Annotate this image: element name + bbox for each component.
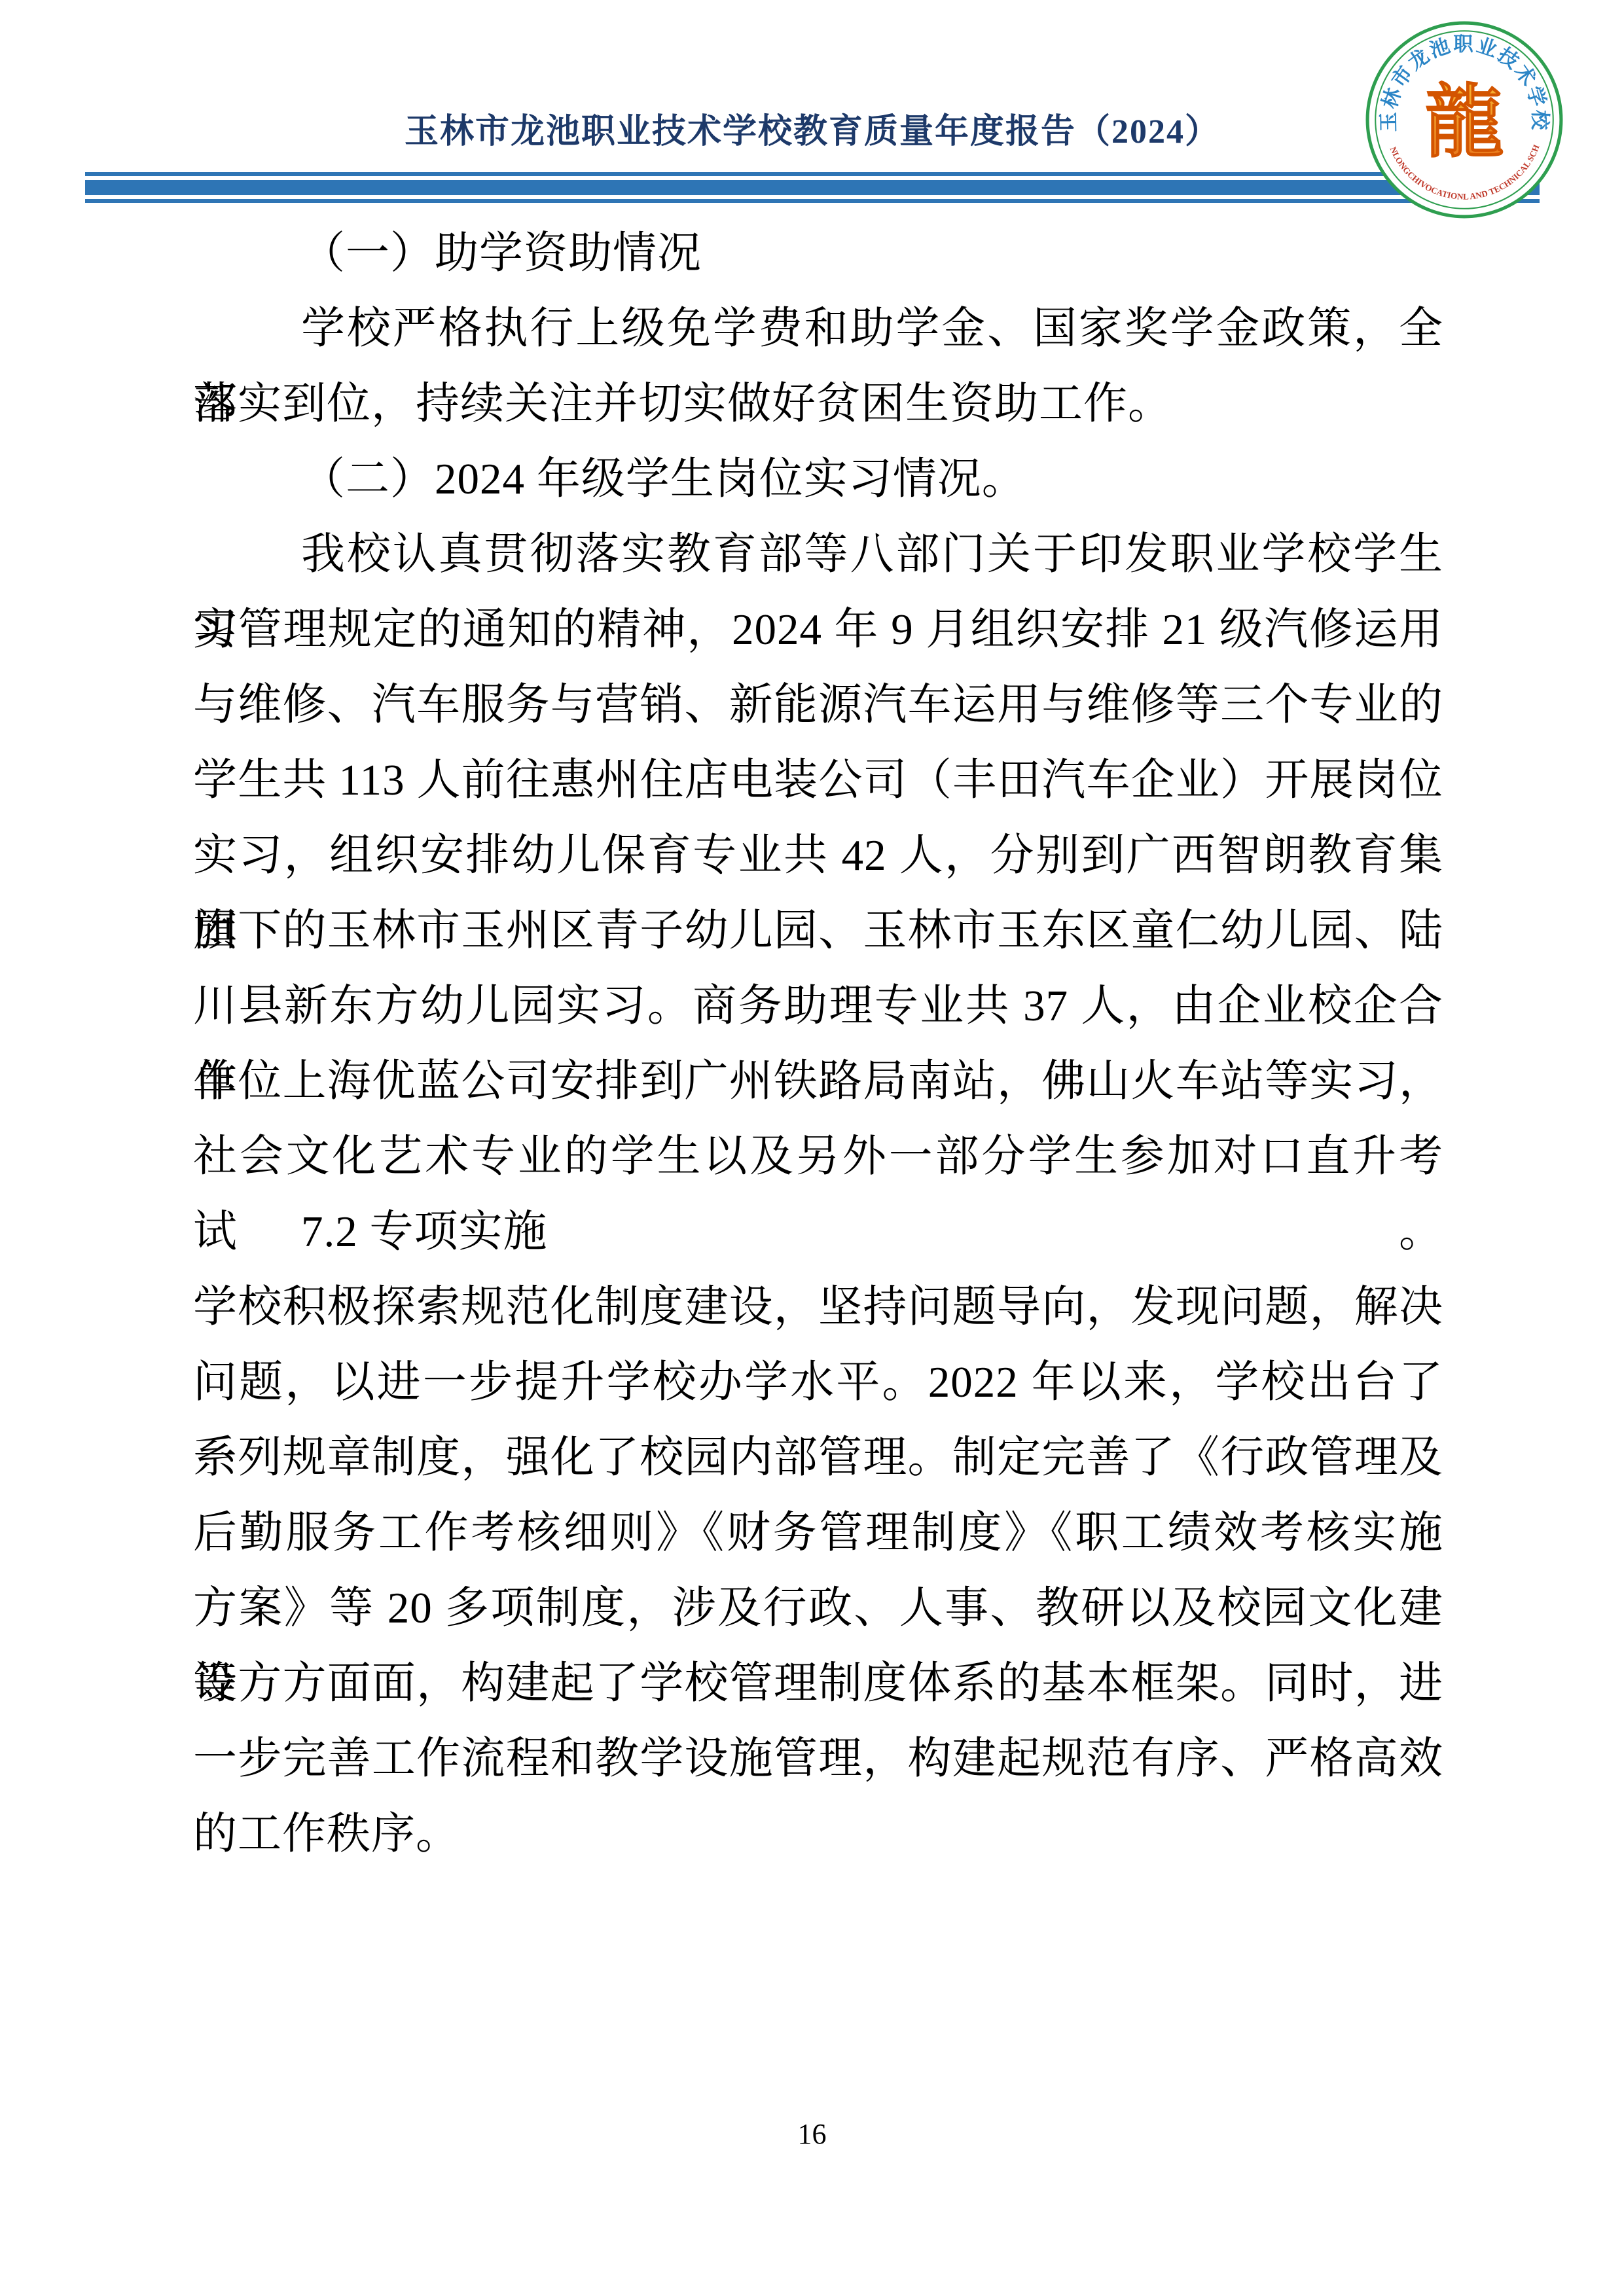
seal-dragon-glyph: 龍 <box>1424 80 1504 168</box>
document-page: 玉林市龙池职业技术学校教育质量年度报告（2024） 玉林市龙池职业技术学校 龍 … <box>0 0 1624 2296</box>
header-rule-thin-top <box>85 172 1540 176</box>
text-line: 我校认真贯彻落实教育部等八部门关于印发职业学校学生实 <box>193 517 1443 592</box>
text-line: 与维修、汽车服务与营销、新能源汽车运用与维修等三个专业的 <box>193 668 1443 743</box>
text-line: （二）2024 年级学生岗位实习情况。 <box>193 442 1443 517</box>
text-line: 旗下的玉林市玉州区青子幼儿园、玉林市玉东区童仁幼儿园、陆 <box>193 893 1443 969</box>
text-line: 一步完善工作流程和教学设施管理，构建起规范有序、严格高效 <box>193 1721 1443 1797</box>
text-line: 的工作秩序。 <box>193 1797 1443 1872</box>
text-line: 习管理规定的通知的精神，2024 年 9 月组织安排 21 级汽修运用 <box>193 592 1443 668</box>
page-number: 16 <box>0 2117 1624 2151</box>
text-line: 等方方面面，构建起了学校管理制度体系的基本框架。同时，进 <box>193 1646 1443 1721</box>
text-line: （一）助学资助情况 <box>193 216 1443 291</box>
text-line: 实习，组织安排幼儿保育专业共 42 人，分别到广西智朗教育集团 <box>193 818 1443 893</box>
text-line: 落实到位，持续关注并切实做好贫困生资助工作。 <box>193 367 1443 442</box>
text-line: 方案》等 20 多项制度，涉及行政、人事、教研以及校园文化建设 <box>193 1571 1443 1646</box>
header-rule-thin-bottom <box>85 199 1540 203</box>
text-line: 单位上海优蓝公司安排到广州铁路局南站，佛山火车站等实习， <box>193 1044 1443 1119</box>
text-line: 学生共 113 人前往惠州住店电装公司（丰田汽车企业）开展岗位 <box>193 743 1443 818</box>
text-line: 社会文化艺术专业的学生以及另外一部分学生参加对口直升考试。 <box>193 1119 1443 1194</box>
text-line: 后勤服务工作考核细则》《财务管理制度》《职工绩效考核实施 <box>193 1496 1443 1571</box>
header-rule-thick <box>85 180 1540 195</box>
text-line: 川县新东方幼儿园实习。商务助理专业共 37 人，由企业校企合作 <box>193 969 1443 1044</box>
page-header-title: 玉林市龙池职业技术学校教育质量年度报告（2024） <box>85 103 1540 152</box>
text-line: 学校严格执行上级免学费和助学金、国家奖学金政策，全部 <box>193 291 1443 367</box>
text-line: 学校积极探索规范化制度建设，坚持问题导向，发现问题，解决 <box>193 1270 1443 1345</box>
text-line: 系列规章制度，强化了校园内部管理。制定完善了《行政管理及 <box>193 1420 1443 1496</box>
text-line: 问题，以进一步提升学校办学水平。2022 年以来，学校出台了一 <box>193 1345 1443 1420</box>
school-seal-logo: 玉林市龙池职业技术学校 龍 YULINLONGCHIVOCATIONL AND … <box>1364 20 1564 220</box>
document-body: （一）助学资助情况 学校严格执行上级免学费和助学金、国家奖学金政策，全部 落实到… <box>193 216 1443 1872</box>
